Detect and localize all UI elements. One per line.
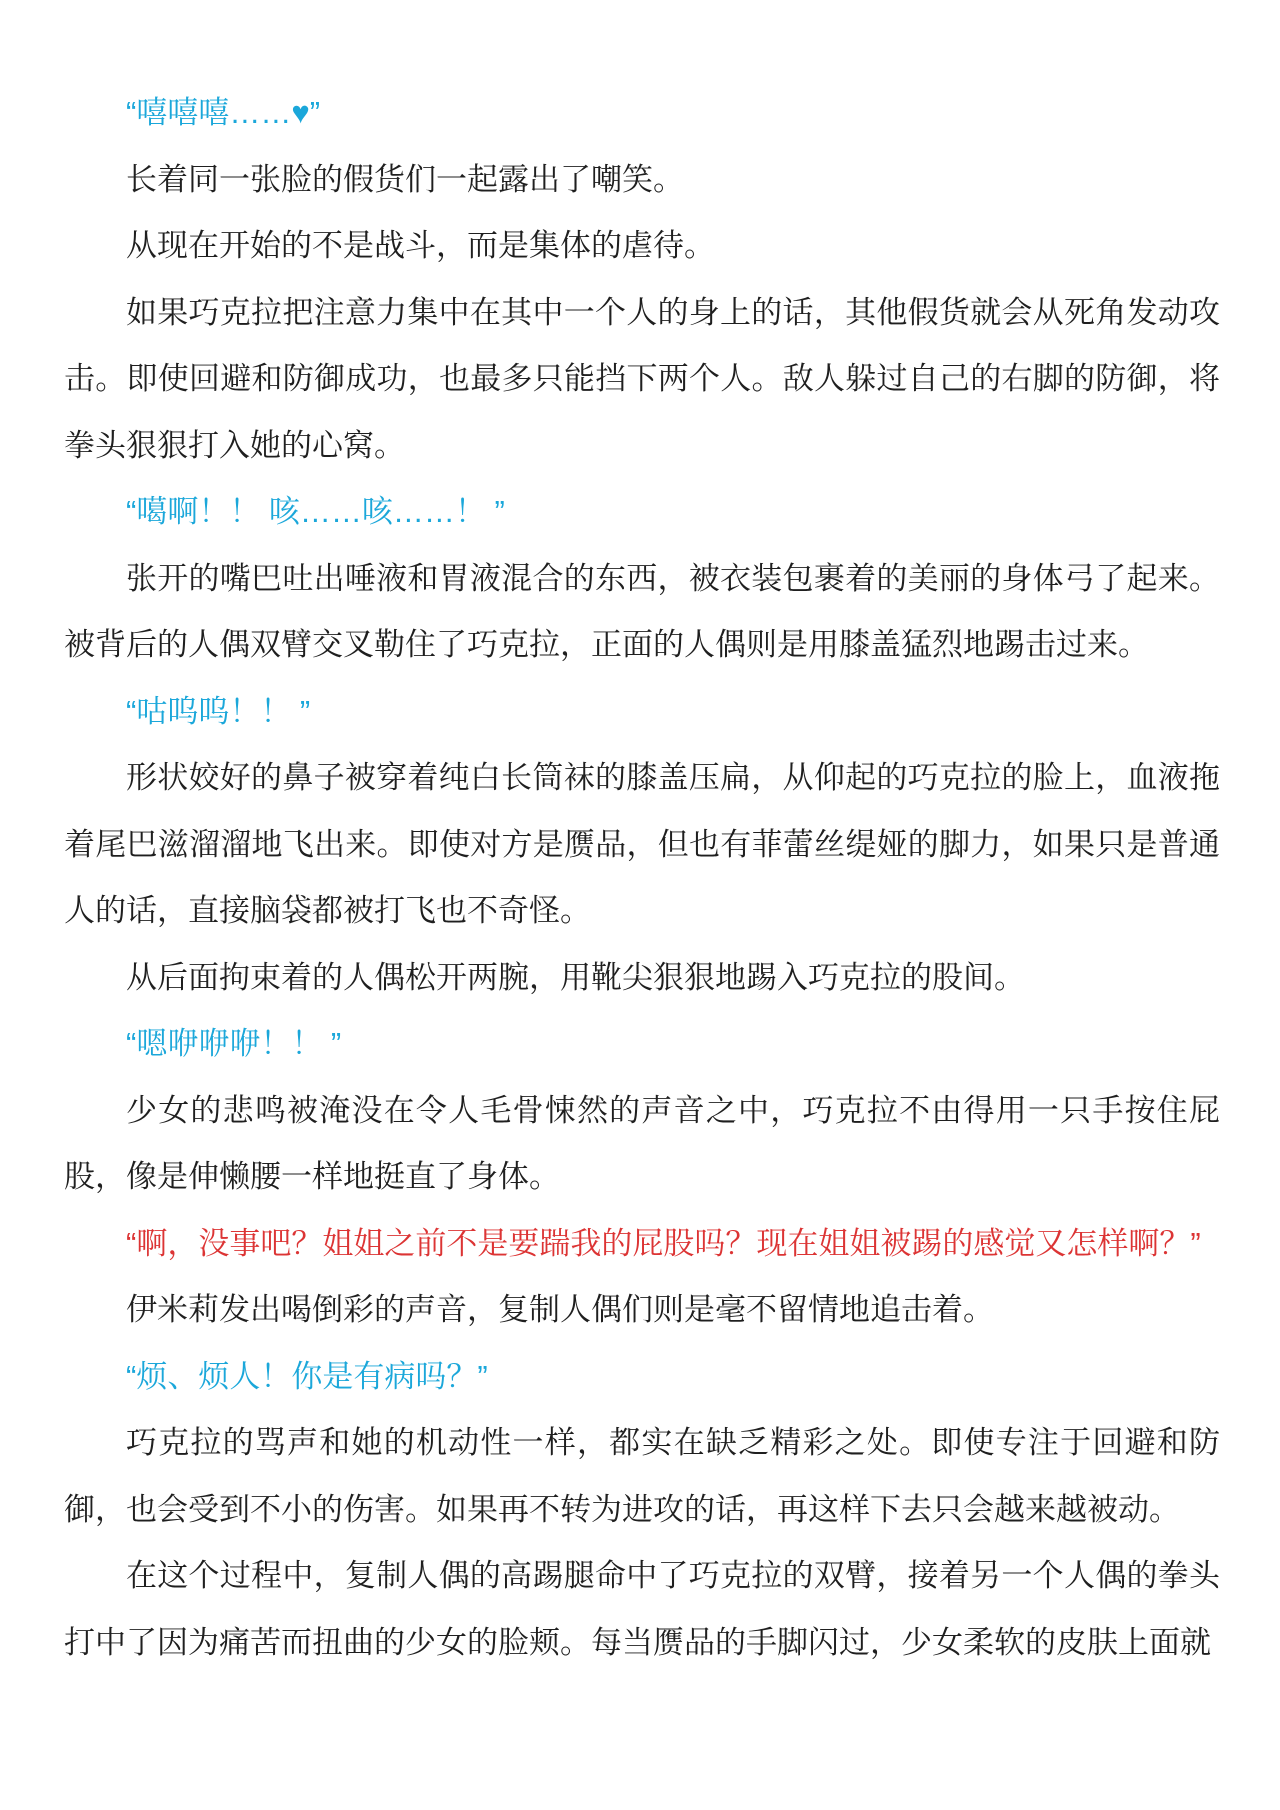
paragraph-narration: 如果巧克拉把注意力集中在其中一个人的身上的话，其他假货就会从死角发动攻击。即使回…	[64, 280, 1220, 480]
paragraph-narration: 少女的悲鸣被淹没在令人毛骨悚然的声音之中，巧克拉不由得用一只手按住屁股，像是伸懒…	[64, 1078, 1220, 1211]
paragraph-dialogue: “咕呜呜！！ ”	[64, 679, 1220, 746]
document-page: “嘻嘻嘻……♥”长着同一张脸的假货们一起露出了嘲笑。从现在开始的不是战斗，而是集…	[0, 0, 1280, 1810]
paragraph-narration: 从现在开始的不是战斗，而是集体的虐待。	[64, 213, 1220, 280]
paragraph-dialogue: “噶啊！！ 咳……咳……！ ”	[64, 479, 1220, 546]
paragraph-dialogue: “嗯咿咿咿！！ ”	[64, 1011, 1220, 1078]
paragraph-dialogue: “嘻嘻嘻……♥”	[64, 80, 1220, 147]
paragraph-emphasis: “啊，没事吧？姐姐之前不是要踹我的屁股吗？现在姐姐被踢的感觉又怎样啊？”	[64, 1211, 1220, 1278]
paragraph-dialogue: “烦、烦人！你是有病吗？”	[64, 1344, 1220, 1411]
paragraph-narration: 长着同一张脸的假货们一起露出了嘲笑。	[64, 147, 1220, 214]
paragraph-narration: 巧克拉的骂声和她的机动性一样，都实在缺乏精彩之处。即使专注于回避和防御，也会受到…	[64, 1410, 1220, 1543]
novel-text-content: “嘻嘻嘻……♥”长着同一张脸的假货们一起露出了嘲笑。从现在开始的不是战斗，而是集…	[64, 80, 1220, 1676]
paragraph-narration: 张开的嘴巴吐出唾液和胃液混合的东西，被衣装包裹着的美丽的身体弓了起来。被背后的人…	[64, 546, 1220, 679]
paragraph-narration: 在这个过程中，复制人偶的高踢腿命中了巧克拉的双臂，接着另一个人偶的拳头打中了因为…	[64, 1543, 1220, 1676]
paragraph-narration: 从后面拘束着的人偶松开两腕，用靴尖狠狠地踢入巧克拉的股间。	[64, 945, 1220, 1012]
paragraph-narration: 伊米莉发出喝倒彩的声音，复制人偶们则是毫不留情地追击着。	[64, 1277, 1220, 1344]
paragraph-narration: 形状姣好的鼻子被穿着纯白长筒袜的膝盖压扁，从仰起的巧克拉的脸上，血液拖着尾巴滋溜…	[64, 745, 1220, 945]
